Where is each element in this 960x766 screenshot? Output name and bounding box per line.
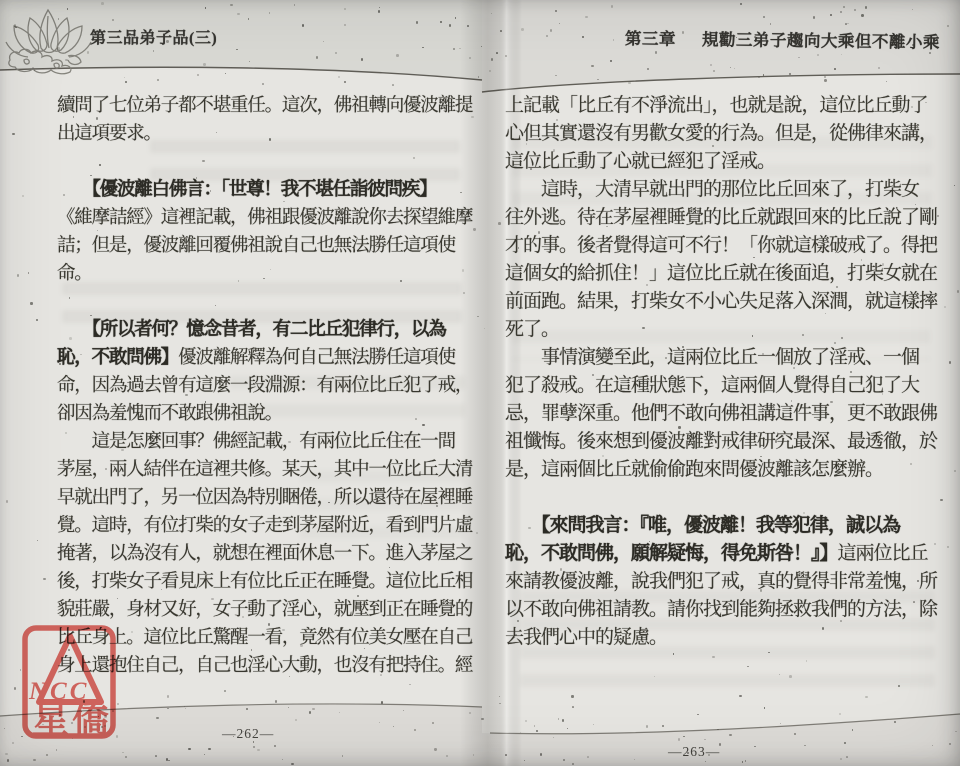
footer-rule-right bbox=[490, 714, 960, 734]
stamp-name: 星僑 bbox=[32, 699, 112, 741]
left-page-number: —262— bbox=[222, 726, 274, 742]
paragraph: 【所以者何？憶念昔者，有二比丘犯律行，以為 恥，不敢問佛】優波離解釋為何自己無法… bbox=[57, 316, 475, 428]
book-photo: 第三品弟子品(三) 續問了七位弟子都不堪重任。這次，佛祖轉向優波離提 出這項要求… bbox=[0, 0, 960, 766]
chapter-label: 第三章 bbox=[625, 25, 676, 50]
lotus-icon bbox=[6, 10, 91, 74]
right-page-body: 上記載「比丘有不淨流出」，也就是說，這位比丘動了 心但其實還沒有男歡女愛的行為。… bbox=[505, 92, 941, 652]
header-rule-left bbox=[0, 67, 482, 80]
header-rule-right bbox=[482, 74, 960, 92]
top-strip-left bbox=[0, 0, 482, 80]
paragraph: 續問了七位弟子都不堪重任。這次，佛祖轉向優波離提 出這項要求。 bbox=[57, 92, 475, 148]
sutra-quote-run: 【優波離白佛言：「世尊！我不堪任詣彼問疾】 bbox=[57, 180, 436, 200]
text-run: 續問了七位弟子都不堪重任。這次，佛祖轉向優波離提 出這項要求。 bbox=[57, 96, 472, 144]
text-run: 《維摩詰經》這裡記載，佛祖跟優波離說你去探望維摩 詰；但是，優波離回覆佛祖說自己… bbox=[57, 208, 472, 284]
paragraph: 這時，大清早就出門的那位比丘回來了，打柴女 往外逃。待在茅屋裡睡覺的比丘就跟回來… bbox=[505, 176, 941, 344]
paragraph: 【優波離白佛言：「世尊！我不堪任詣彼問疾】 《維摩詰經》這裡記載，佛祖跟優波離說… bbox=[57, 176, 475, 288]
text-run: 這時，大清早就出門的那位比丘回來了，打柴女 往外逃。待在茅屋裡睡覺的比丘就跟回來… bbox=[505, 179, 937, 340]
left-page-header: 第三品弟子品(三) bbox=[90, 25, 217, 48]
paragraph: 事情演變至此，這兩位比丘一個放了淫戒、一個 犯了殺戒。在這種狀態下，這兩個人覺得… bbox=[505, 344, 941, 484]
text-run: 事情演變至此，這兩位比丘一個放了淫戒、一個 犯了殺戒。在這種狀態下，這兩個人覺得… bbox=[505, 347, 937, 480]
left-page-body: 續問了七位弟子都不堪重任。這次，佛祖轉向優波離提 出這項要求。 【優波離白佛言：… bbox=[57, 92, 475, 680]
footer-strip-right bbox=[482, 714, 960, 766]
text-run: 上記載「比丘有不淨流出」，也就是說，這位比丘動了 心但其實還沒有男歡女愛的行為。… bbox=[505, 95, 937, 172]
certification-stamp: NCC 星僑 bbox=[20, 622, 120, 748]
right-page-number: —263— bbox=[668, 744, 720, 760]
paragraph: 【來問我言：『唯，優波離！我等犯律，誠以為 恥，不敢問佛，願解疑悔，得免斯咎！』… bbox=[505, 512, 941, 652]
right-page-header: 第三章 規勸三弟子趨向大乘但不離小乘 bbox=[625, 25, 940, 53]
chapter-title: 規勸三弟子趨向大乘但不離小乘 bbox=[702, 26, 940, 53]
paragraph: 上記載「比丘有不淨流出」，也就是說，這位比丘動了 心但其實還沒有男歡女愛的行為。… bbox=[505, 92, 941, 176]
